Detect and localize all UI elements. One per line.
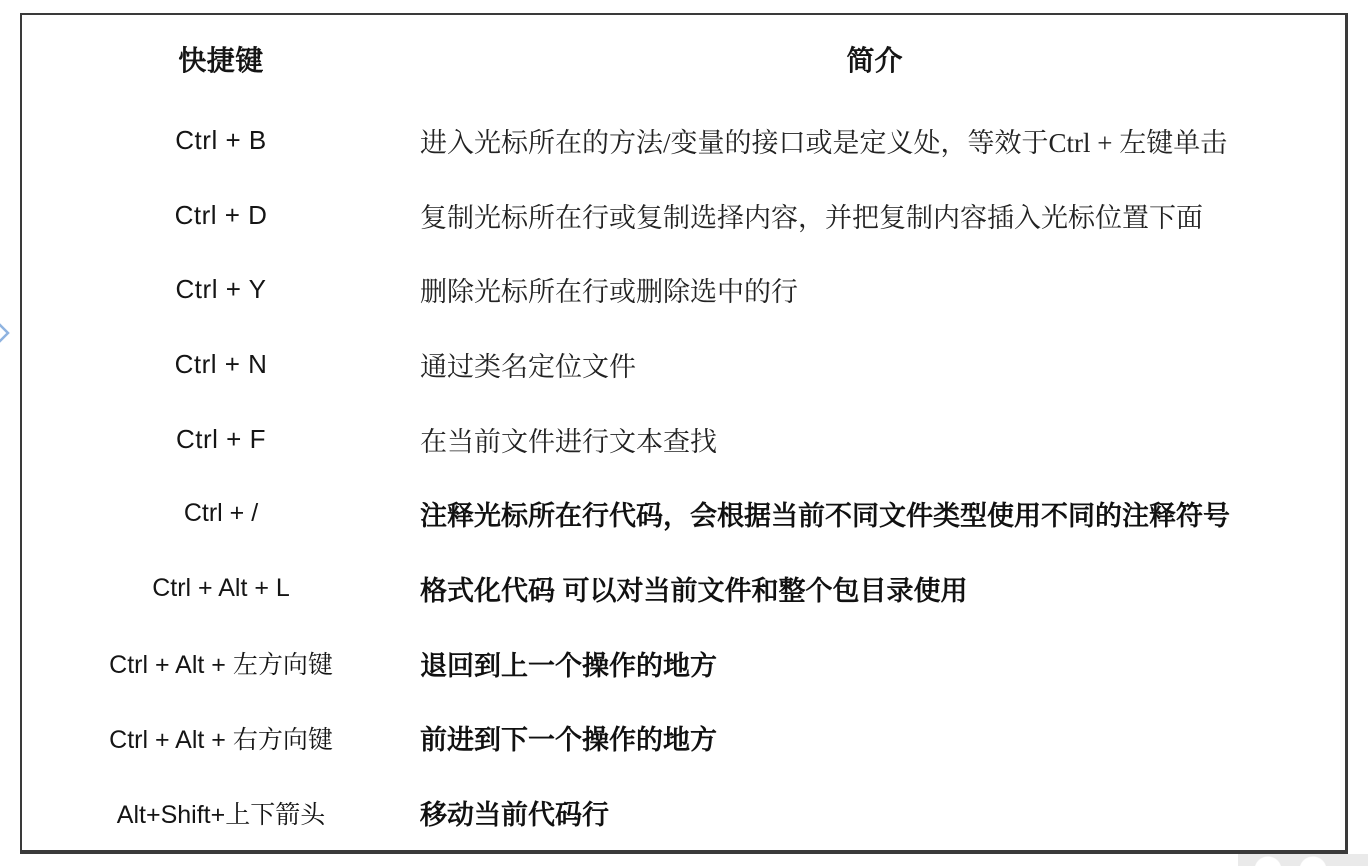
- shortcut-cell: Ctrl + N: [22, 349, 420, 380]
- shortcut-cell: Ctrl + D: [22, 200, 420, 231]
- description-cell: 移动当前代码行: [420, 793, 1345, 832]
- description-cell: 在当前文件进行文本查找: [420, 420, 1345, 459]
- table-row: Ctrl + Alt + L 格式化代码 可以对当前文件和整个包目录使用: [22, 551, 1345, 626]
- table-row: Alt+Shift+上下箭头 移动当前代码行: [22, 775, 1345, 850]
- description-cell: 进入光标所在的方法/变量的接口或是定义处，等效于Ctrl + 左键单击: [420, 121, 1345, 160]
- table-row: Ctrl + Alt + 左方向键 退回到上一个操作的地方: [22, 626, 1345, 701]
- description-cell: 复制光标所在行或复制选择内容，并把复制内容插入光标位置下面: [420, 196, 1345, 235]
- table-row: Ctrl + / 注释光标所在行代码，会根据当前不同文件类型使用不同的注释符号: [22, 477, 1345, 552]
- shortcut-cell: Ctrl + Alt + 右方向键: [22, 720, 420, 756]
- shortcut-cell: Ctrl + Y: [22, 274, 420, 305]
- description-cell: 注释光标所在行代码，会根据当前不同文件类型使用不同的注释符号: [420, 494, 1345, 533]
- shortcut-cell: Ctrl + F: [22, 424, 420, 455]
- table-row: Ctrl + D 复制光标所在行或复制选择内容，并把复制内容插入光标位置下面: [22, 178, 1345, 253]
- shortcut-cell: Ctrl + Alt + L: [22, 574, 420, 603]
- description-cell: 退回到上一个操作的地方: [420, 644, 1345, 683]
- shortcut-cell: Ctrl + /: [22, 499, 420, 528]
- table-header-row: 快捷键 简介: [22, 15, 1345, 103]
- page-corner-artifact: [1238, 854, 1368, 866]
- table-row: Ctrl + F 在当前文件进行文本查找: [22, 402, 1345, 477]
- table-row: Ctrl + B 进入光标所在的方法/变量的接口或是定义处，等效于Ctrl + …: [22, 103, 1345, 178]
- table-row: Ctrl + N 通过类名定位文件: [22, 327, 1345, 402]
- description-cell: 前进到下一个操作的地方: [420, 718, 1345, 757]
- table-row: Ctrl + Alt + 右方向键 前进到下一个操作的地方: [22, 701, 1345, 776]
- header-shortcut-column: 快捷键: [22, 39, 420, 79]
- shortcut-cell: Ctrl + Alt + 左方向键: [22, 645, 420, 681]
- description-cell: 删除光标所在行或删除选中的行: [420, 270, 1345, 309]
- description-cell: 通过类名定位文件: [420, 345, 1345, 384]
- chevron-right-icon[interactable]: [0, 315, 16, 351]
- shortcut-cell: Alt+Shift+上下箭头: [22, 795, 420, 831]
- shortcut-cell: Ctrl + B: [22, 125, 420, 156]
- header-description-column: 简介: [420, 39, 1345, 79]
- description-cell: 格式化代码 可以对当前文件和整个包目录使用: [420, 569, 1345, 608]
- shortcuts-table: 快捷键 简介 Ctrl + B 进入光标所在的方法/变量的接口或是定义处，等效于…: [20, 13, 1348, 854]
- table-row: Ctrl + Y 删除光标所在行或删除选中的行: [22, 252, 1345, 327]
